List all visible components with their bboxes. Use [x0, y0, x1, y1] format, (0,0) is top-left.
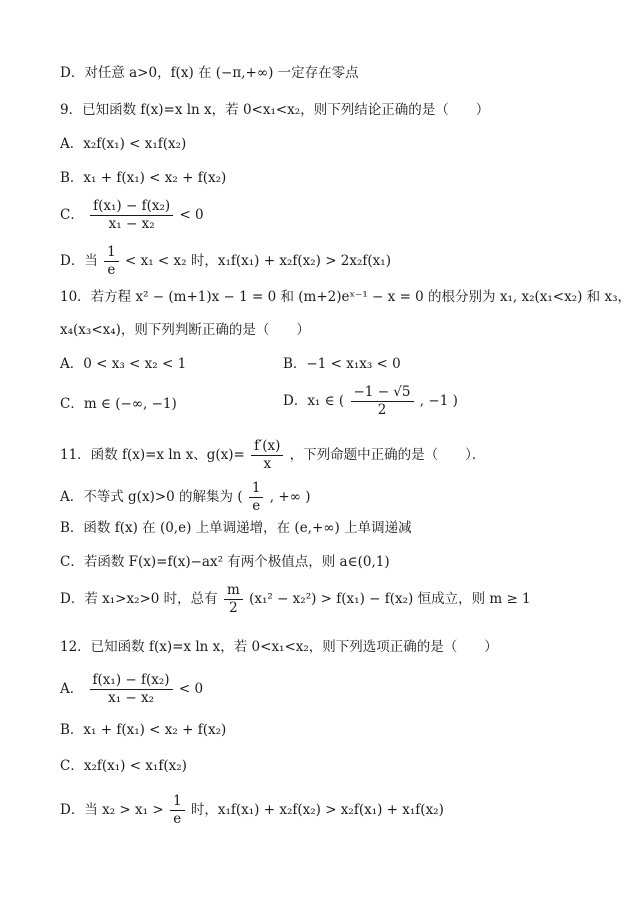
option-label: A． [60, 681, 83, 697]
fraction: m 2 [224, 582, 243, 617]
q11-option-b: B．函数 f(x) 在 (0,e) 上单调递增，在 (e,+∞) 上单调递减 [60, 518, 412, 538]
numerator: 1 [104, 244, 119, 262]
condition: < x₁ < x₂ 时，x₁f(x₁) + x₂f(x₂) > 2x₂f(x₁) [125, 253, 391, 269]
q12-option-d: D．当 x₂ > x₁ > 1 e 时，x₁f(x₁) + x₂f(x₂) > … [60, 793, 444, 828]
q9-option-d: D．当 1 e < x₁ < x₂ 时，x₁f(x₁) + x₂f(x₂) > … [60, 244, 391, 279]
denominator: e [170, 811, 185, 828]
option-text: (x₁² − x₂²) > f(x₁) − f(x₂) 恒成立，则 m ≥ 1 [249, 591, 531, 607]
option-label: D．当 [60, 253, 98, 269]
fraction: 1 e [170, 793, 185, 828]
q8-option-d: D．对任意 a>0，f(x) 在 (−π,+∞) 一定存在零点 [60, 63, 359, 83]
denominator: e [104, 262, 119, 279]
q12-stem: 12．已知函数 f(x)=x ln x，若 0<x₁<x₂，则下列选项正确的是（… [60, 637, 498, 657]
denominator: x [251, 456, 283, 473]
fraction: f′(x) x [251, 438, 283, 473]
fraction: 1 e [249, 480, 264, 515]
option-text: D．当 x₂ > x₁ > [60, 802, 164, 818]
q11-option-a: A．不等式 g(x)>0 的解集为 ( 1 e , +∞ ) [60, 480, 310, 515]
q10-option-a: A．0 < x₃ < x₂ < 1 [60, 354, 186, 374]
q11-option-d: D．若 x₁>x₂>0 时，总有 m 2 (x₁² − x₂²) > f(x₁)… [60, 582, 531, 617]
fraction: −1 − √5 2 [351, 384, 414, 419]
fraction: f(x₁) − f(x₂) x₁ − x₂ [90, 672, 173, 707]
option-label: D．x₁ ∈ ( [283, 393, 344, 409]
q10-stem-line2: x₄(x₃<x₄)，则下列判断正确的是（ ） [60, 320, 310, 340]
q10-stem-line1: 10．若方程 x² − (m+1)x − 1 = 0 和 (m+2)eˣ⁻¹ −… [60, 287, 631, 307]
stem-text: 11．函数 f(x)=x ln x、g(x)= [60, 447, 245, 463]
q12-option-c: C．x₂f(x₁) < x₁f(x₂) [60, 756, 187, 776]
numerator: f(x₁) − f(x₂) [90, 672, 173, 690]
q10-option-b: B．−1 < x₁x₃ < 0 [283, 354, 401, 374]
interval-end: , +∞ ) [270, 489, 311, 505]
interval-end: , −1 ) [420, 393, 458, 409]
inequality: < 0 [179, 207, 203, 223]
numerator: f′(x) [251, 438, 283, 456]
option-text: D．若 x₁>x₂>0 时，总有 [60, 591, 218, 607]
q11-stem: 11．函数 f(x)=x ln x、g(x)= f′(x) x ，下列命题中正确… [60, 438, 485, 473]
q12-option-b: B．x₁ + f(x₁) < x₂ + f(x₂) [60, 720, 226, 740]
option-label: C． [60, 207, 84, 223]
stem-text: ，下列命题中正确的是（ ）． [290, 447, 486, 463]
q9-option-a: A．x₂f(x₁) < x₁f(x₂) [60, 134, 186, 154]
numerator: f(x₁) − f(x₂) [90, 198, 173, 216]
q10-option-d: D．x₁ ∈ ( −1 − √5 2 , −1 ) [283, 384, 458, 419]
numerator: 1 [170, 793, 185, 811]
denominator: x₁ − x₂ [90, 216, 173, 233]
q9-option-b: B．x₁ + f(x₁) < x₂ + f(x₂) [60, 168, 226, 188]
fraction: f(x₁) − f(x₂) x₁ − x₂ [90, 198, 173, 233]
numerator: m [224, 582, 243, 600]
option-text: 时，x₁f(x₁) + x₂f(x₂) > x₂f(x₁) + x₁f(x₂) [191, 802, 444, 818]
denominator: 2 [351, 402, 414, 419]
denominator: e [249, 498, 264, 515]
numerator: −1 − √5 [351, 384, 414, 402]
denominator: 2 [224, 600, 243, 617]
q9-stem: 9．已知函数 f(x)=x ln x，若 0<x₁<x₂，则下列结论正确的是（ … [60, 100, 489, 120]
inequality: < 0 [179, 681, 203, 697]
numerator: 1 [249, 480, 264, 498]
q12-option-a: A． f(x₁) − f(x₂) x₁ − x₂ < 0 [60, 672, 203, 707]
fraction: 1 e [104, 244, 119, 279]
q9-option-c: C． f(x₁) − f(x₂) x₁ − x₂ < 0 [60, 198, 204, 233]
denominator: x₁ − x₂ [90, 690, 173, 707]
q11-option-c: C．若函数 F(x)=f(x)−ax² 有两个极值点，则 a∈(0,1) [60, 552, 390, 572]
option-text: A．不等式 g(x)>0 的解集为 ( [60, 489, 243, 505]
q10-option-c: C．m ∈ (−∞, −1) [60, 394, 177, 414]
